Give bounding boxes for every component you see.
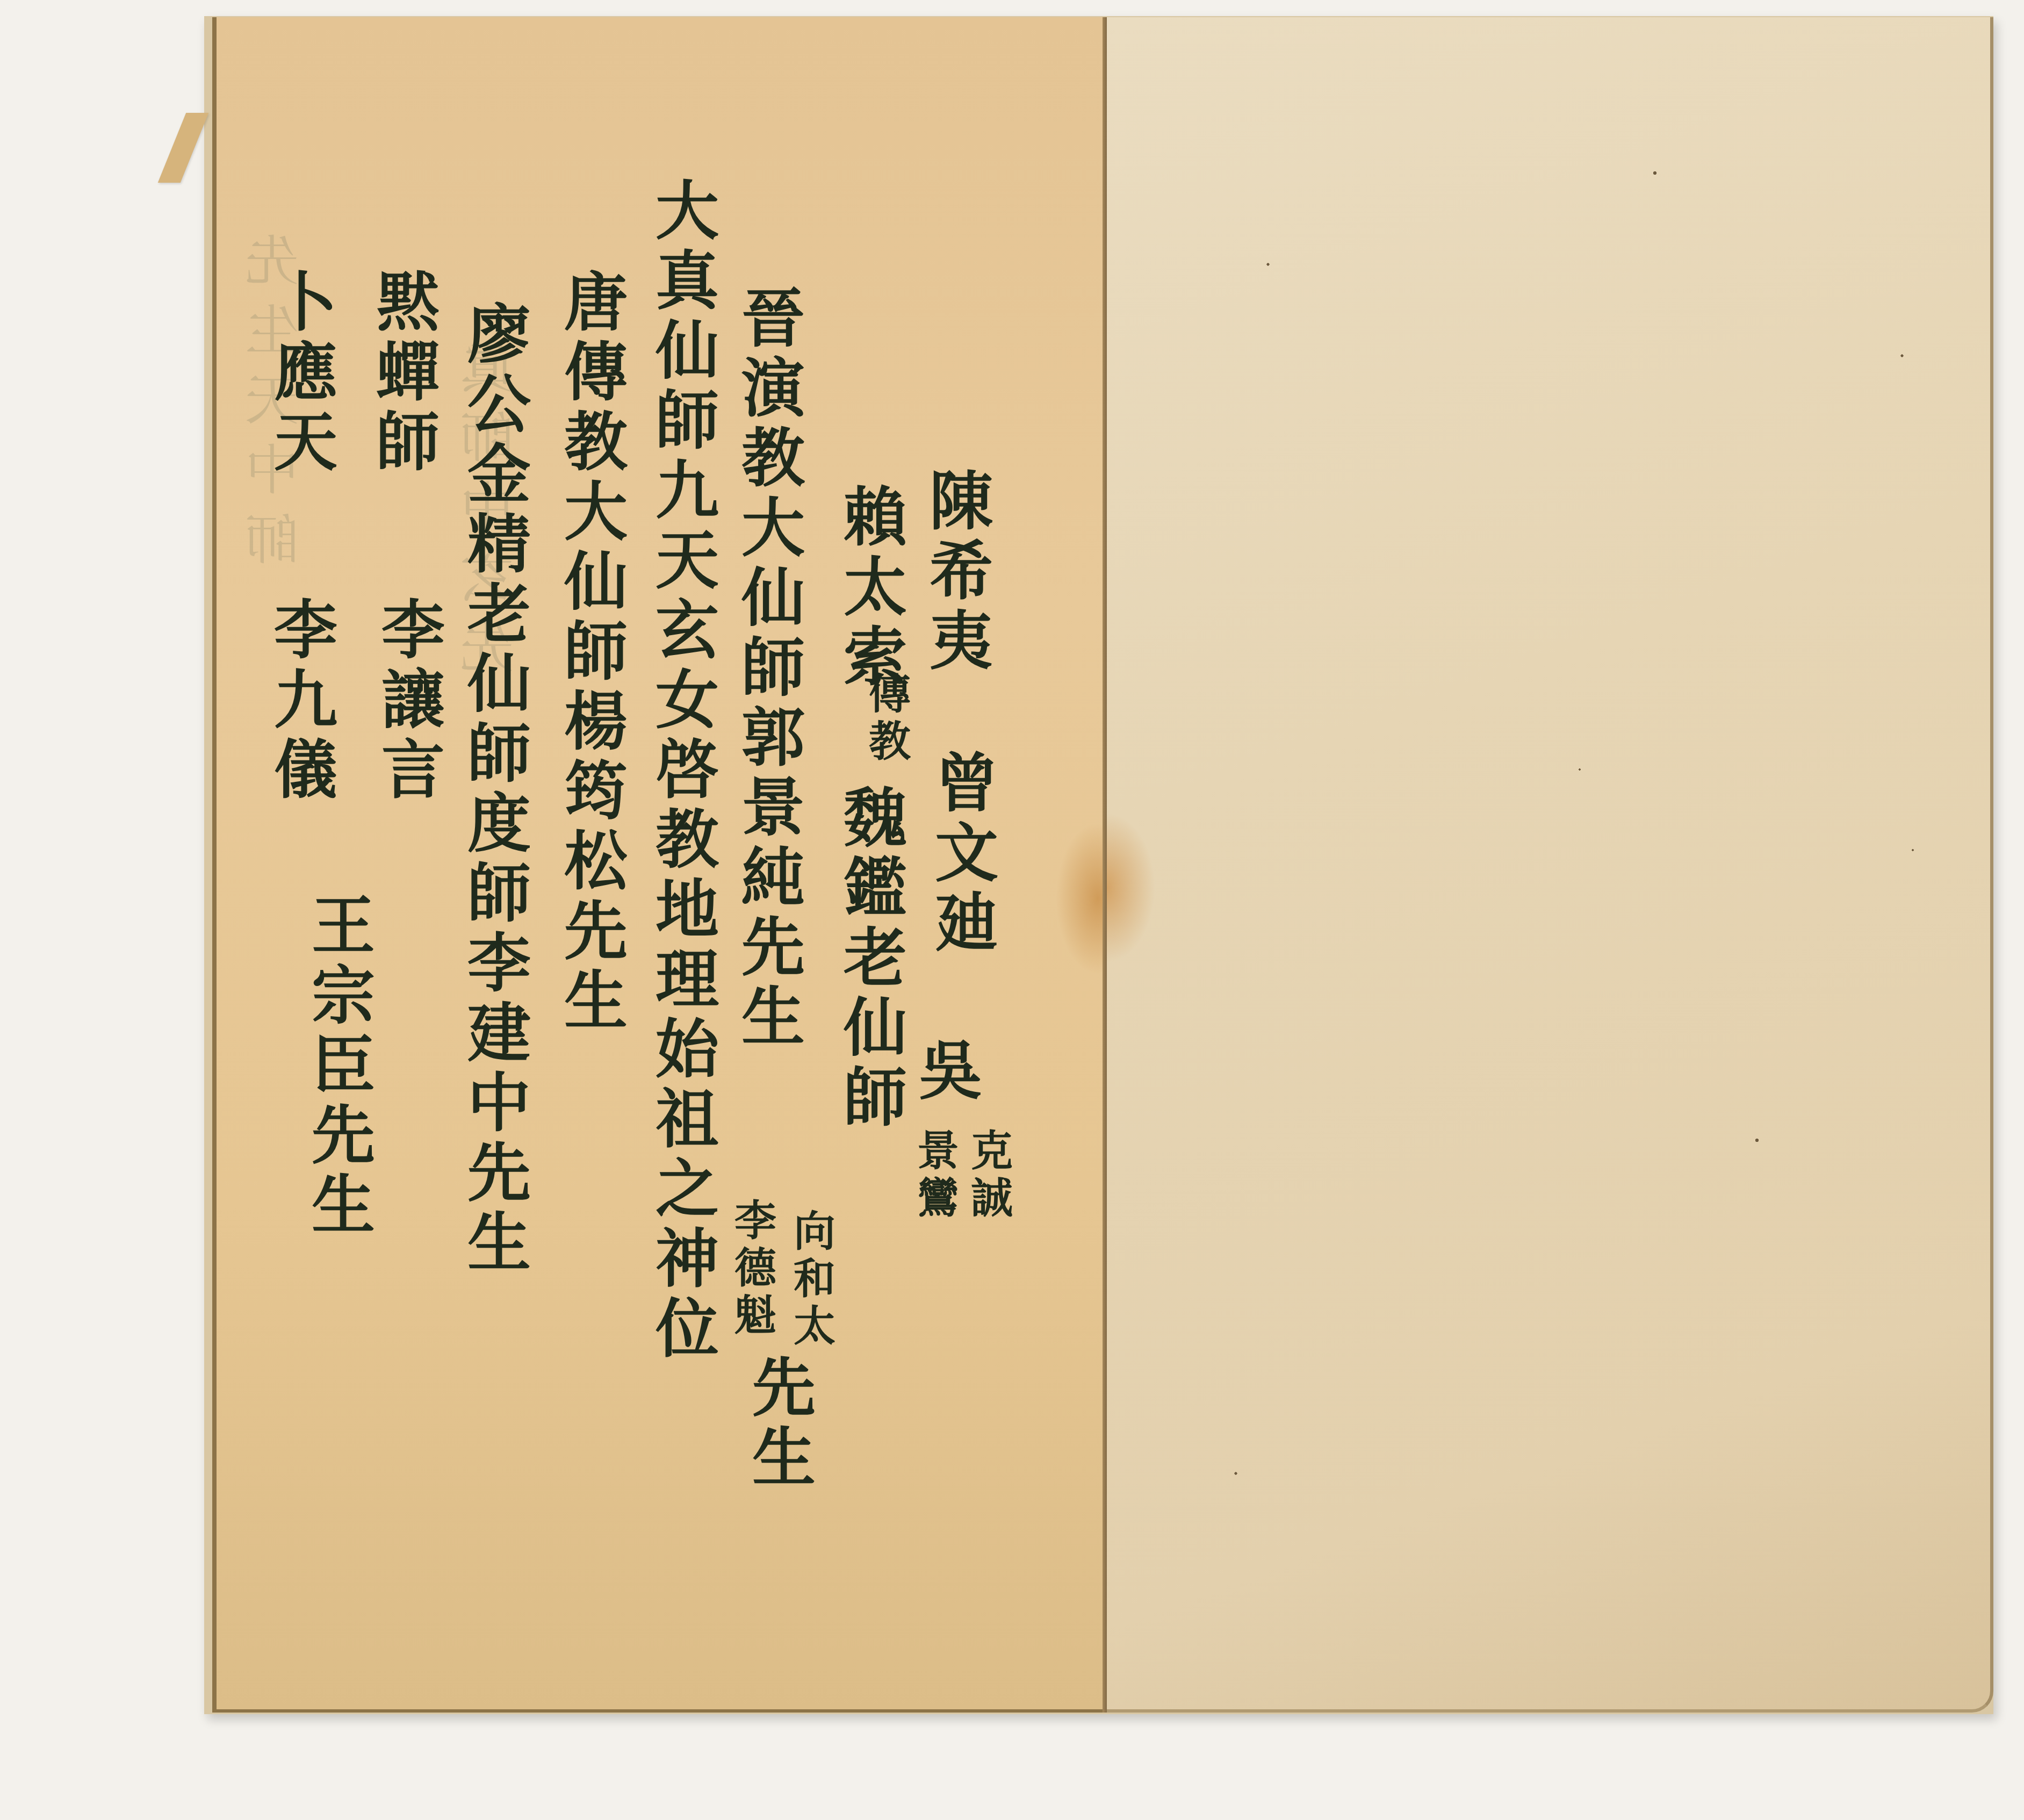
- text-column-li-jiuyi: 李九儀: [269, 596, 332, 806]
- text-column-xiansheng: 先生: [747, 1354, 810, 1494]
- text-column-bu-yingtian: 卜應天: [269, 269, 332, 478]
- text-column-wang-zongchen: 王宗臣先生: [306, 892, 370, 1241]
- paper-tab: [158, 113, 209, 183]
- text-column-jingluan: 景鸞: [913, 1128, 955, 1223]
- text-column-wei-jian: 魏鑑老仙師: [838, 785, 902, 1134]
- text-column-kecheng: 克誠: [967, 1128, 1009, 1223]
- text-column-lai-taisuo: 賴太索: [838, 484, 902, 693]
- text-column-wu: 吳: [913, 1037, 977, 1107]
- text-column-chen-xiyi: 陳希夷: [924, 467, 988, 677]
- right-page-blank: [1107, 17, 1993, 1713]
- text-column-liao-jinjing: 廖公金精老仙師度師李建中先生: [462, 301, 525, 1279]
- text-column-li-dekui: 李德魁: [731, 1198, 773, 1340]
- text-column-yang-yunsong: 唐傳教大仙師楊筠松先生: [559, 269, 622, 1037]
- text-column-li-rangyan: 李讓言: [376, 596, 440, 806]
- text-column-chuanjiao-note: 傳教: [865, 672, 907, 766]
- text-column-xiang-hetai: 向和太: [790, 1209, 832, 1351]
- text-column-zeng-wendi: 曾文廸: [930, 750, 993, 959]
- text-column-guo-jingchun: 晉演教大仙師郭景純先生: [736, 285, 799, 1053]
- text-column-mochan-shi: 黙蟬師: [371, 269, 434, 478]
- text-column-jiutian-xuannu: 大真仙師九天玄女啓教地理始祖之神位: [650, 177, 714, 1365]
- book-scan: 先生天中師 眞師中玄先 陳希夷 曾文廸 吳 克誠 景鸞 賴太索 傳教 魏鑑老仙師…: [0, 0, 2024, 1820]
